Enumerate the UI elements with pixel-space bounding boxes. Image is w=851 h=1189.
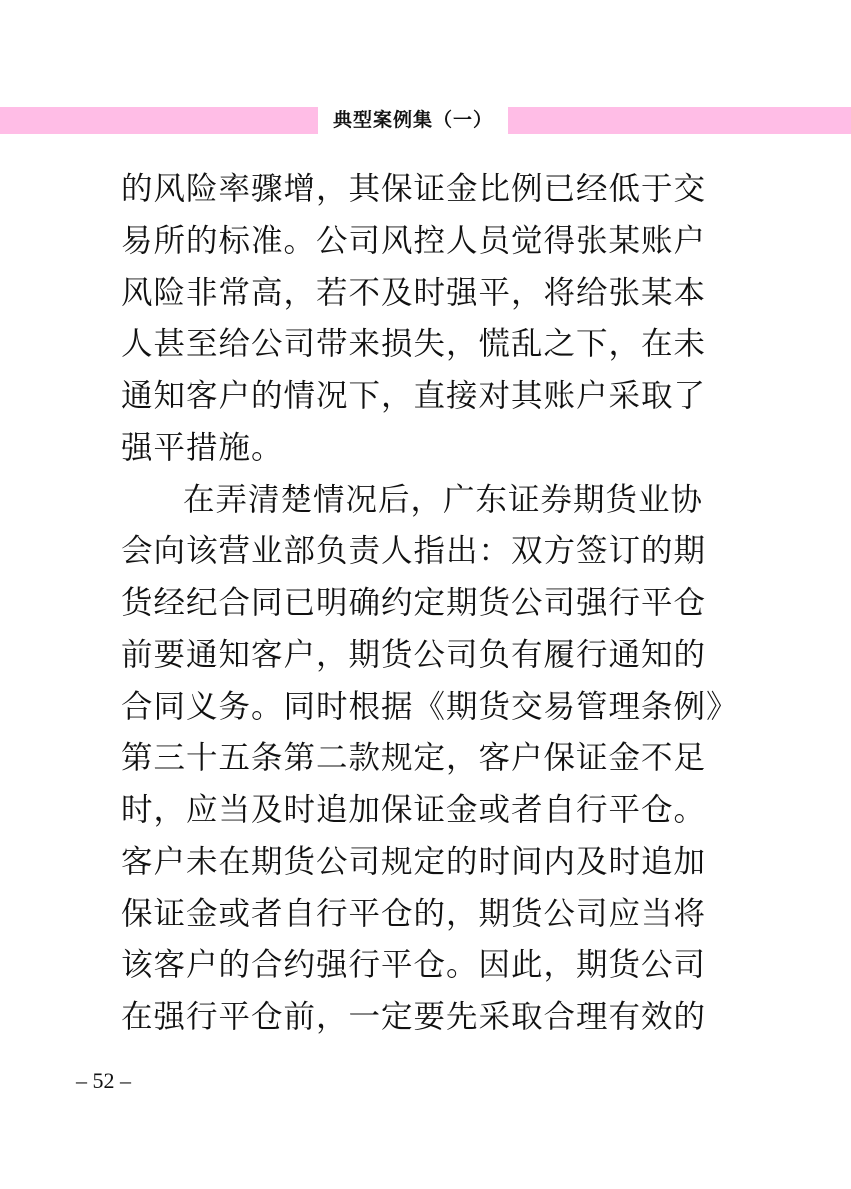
text-line: 货经纪合同已明确约定期货公司强行平仓 <box>121 580 713 632</box>
text-line: 通知客户的情况下，直接对其账户采取了 <box>121 373 713 425</box>
page-number: – 52 – <box>76 1068 131 1094</box>
text-line: 合同义务。同时根据《期货交易管理条例》 <box>121 684 713 736</box>
text-line: 的风险率骤增，其保证金比例已经低于交 <box>121 166 713 218</box>
text-line: 第三十五条第二款规定，客户保证金不足 <box>121 735 713 787</box>
text-line: 客户未在期货公司规定的时间内及时追加 <box>121 839 713 891</box>
text-line: 保证金或者自行平仓的，期货公司应当将 <box>121 891 713 943</box>
text-line: 风险非常高，若不及时强平，将给张某本 <box>121 270 713 322</box>
text-line: 会向该营业部负责人指出：双方签订的期 <box>121 528 713 580</box>
header-band-right <box>508 107 851 134</box>
running-header-title: 典型案例集（一） <box>318 106 508 135</box>
text-line: 在强行平仓前，一定要先采取合理有效的 <box>121 994 713 1046</box>
text-line: 易所的标准。公司风控人员觉得张某账户 <box>121 218 713 270</box>
body-text: 的风险率骤增，其保证金比例已经低于交 易所的标准。公司风控人员觉得张某账户 风险… <box>121 166 713 1046</box>
text-line: 强平措施。 <box>121 425 713 477</box>
text-line: 该客户的合约强行平仓。因此，期货公司 <box>121 942 713 994</box>
text-line: 前要通知客户，期货公司负有履行通知的 <box>121 632 713 684</box>
header-band-left <box>0 107 318 134</box>
paragraph-first-line: 在弄清楚情况后，广东证券期货业协 <box>121 477 713 529</box>
text-line: 时，应当及时追加保证金或者自行平仓。 <box>121 787 713 839</box>
text-line: 人甚至给公司带来损失，慌乱之下，在未 <box>121 321 713 373</box>
